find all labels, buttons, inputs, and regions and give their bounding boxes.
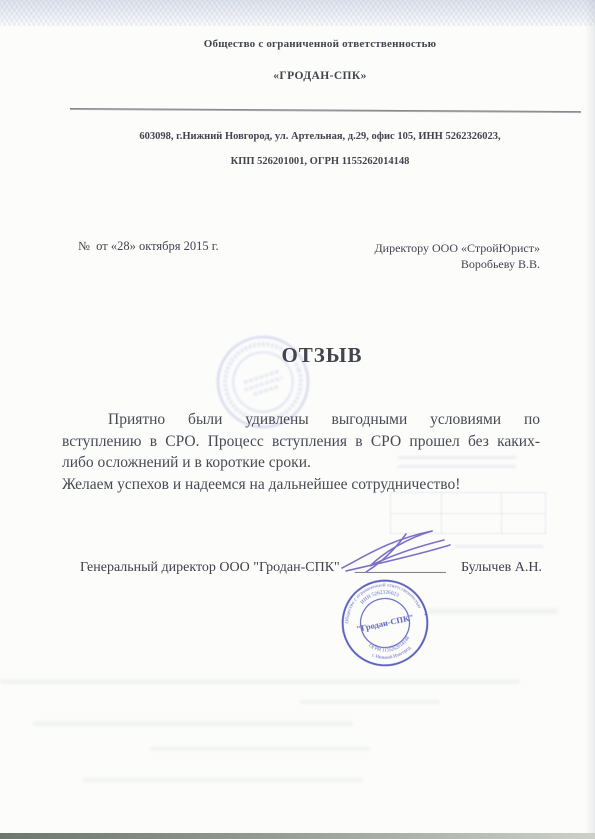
stamp-star-left: * [342,630,346,636]
org-name-line: «ГРОДАН-СПК» [45,70,595,82]
scan-right-edge [585,0,595,839]
signature-row: Генеральный директор ООО "Гродан-СПК" __… [80,560,542,576]
addressee-block: Директору ООО «СтройЮрист» Воробьеву В.В… [374,240,540,272]
signer-position: Генеральный директор ООО "Гродан-СПК" [80,560,340,576]
bleedthrough-line [83,778,363,782]
scan-top-edge [0,0,595,26]
scanned-letter-page: Общество с ограниченной ответственностью… [0,0,595,839]
letterhead-rule [70,108,581,113]
bleedthrough-line [300,700,440,704]
body-line: вступлению в СРО. Процесс вступления в С… [62,431,540,453]
bleedthrough-text [455,545,543,552]
org-type-line: Общество с ограниченной ответственностью [45,38,595,50]
document-title: ОТЗЫВ [47,343,595,368]
body-paragraphs: Приятно были удивлены выгодными условиям… [62,409,540,495]
addressee-name: Воробьеву В.В. [374,256,540,272]
company-stamp: Общество с ограниченной ответственностью… [317,555,452,690]
stamp-center-text: "Гродан-СПК" [355,612,414,634]
address-line-2: КПП 526201001, ОГРН 1155262014148 [45,156,595,167]
scan-bottom-edge [0,833,595,839]
bleedthrough-line [33,721,353,726]
body-line: Приятно были удивлены выгодными условиям… [62,409,540,431]
bleedthrough-line [428,608,558,614]
bleedthrough-line [150,747,370,751]
address-line-1: 603098, г.Нижний Новгород, ул. Артельная… [45,131,595,142]
bleedthrough-text [398,456,516,471]
bleedthrough-line [0,679,520,684]
signer-name: Булычев А.Н. [461,560,542,576]
reference-number-date: № от «28» октября 2015 г. [78,239,219,254]
addressee-title: Директору ООО «СтройЮрист» [374,240,540,256]
